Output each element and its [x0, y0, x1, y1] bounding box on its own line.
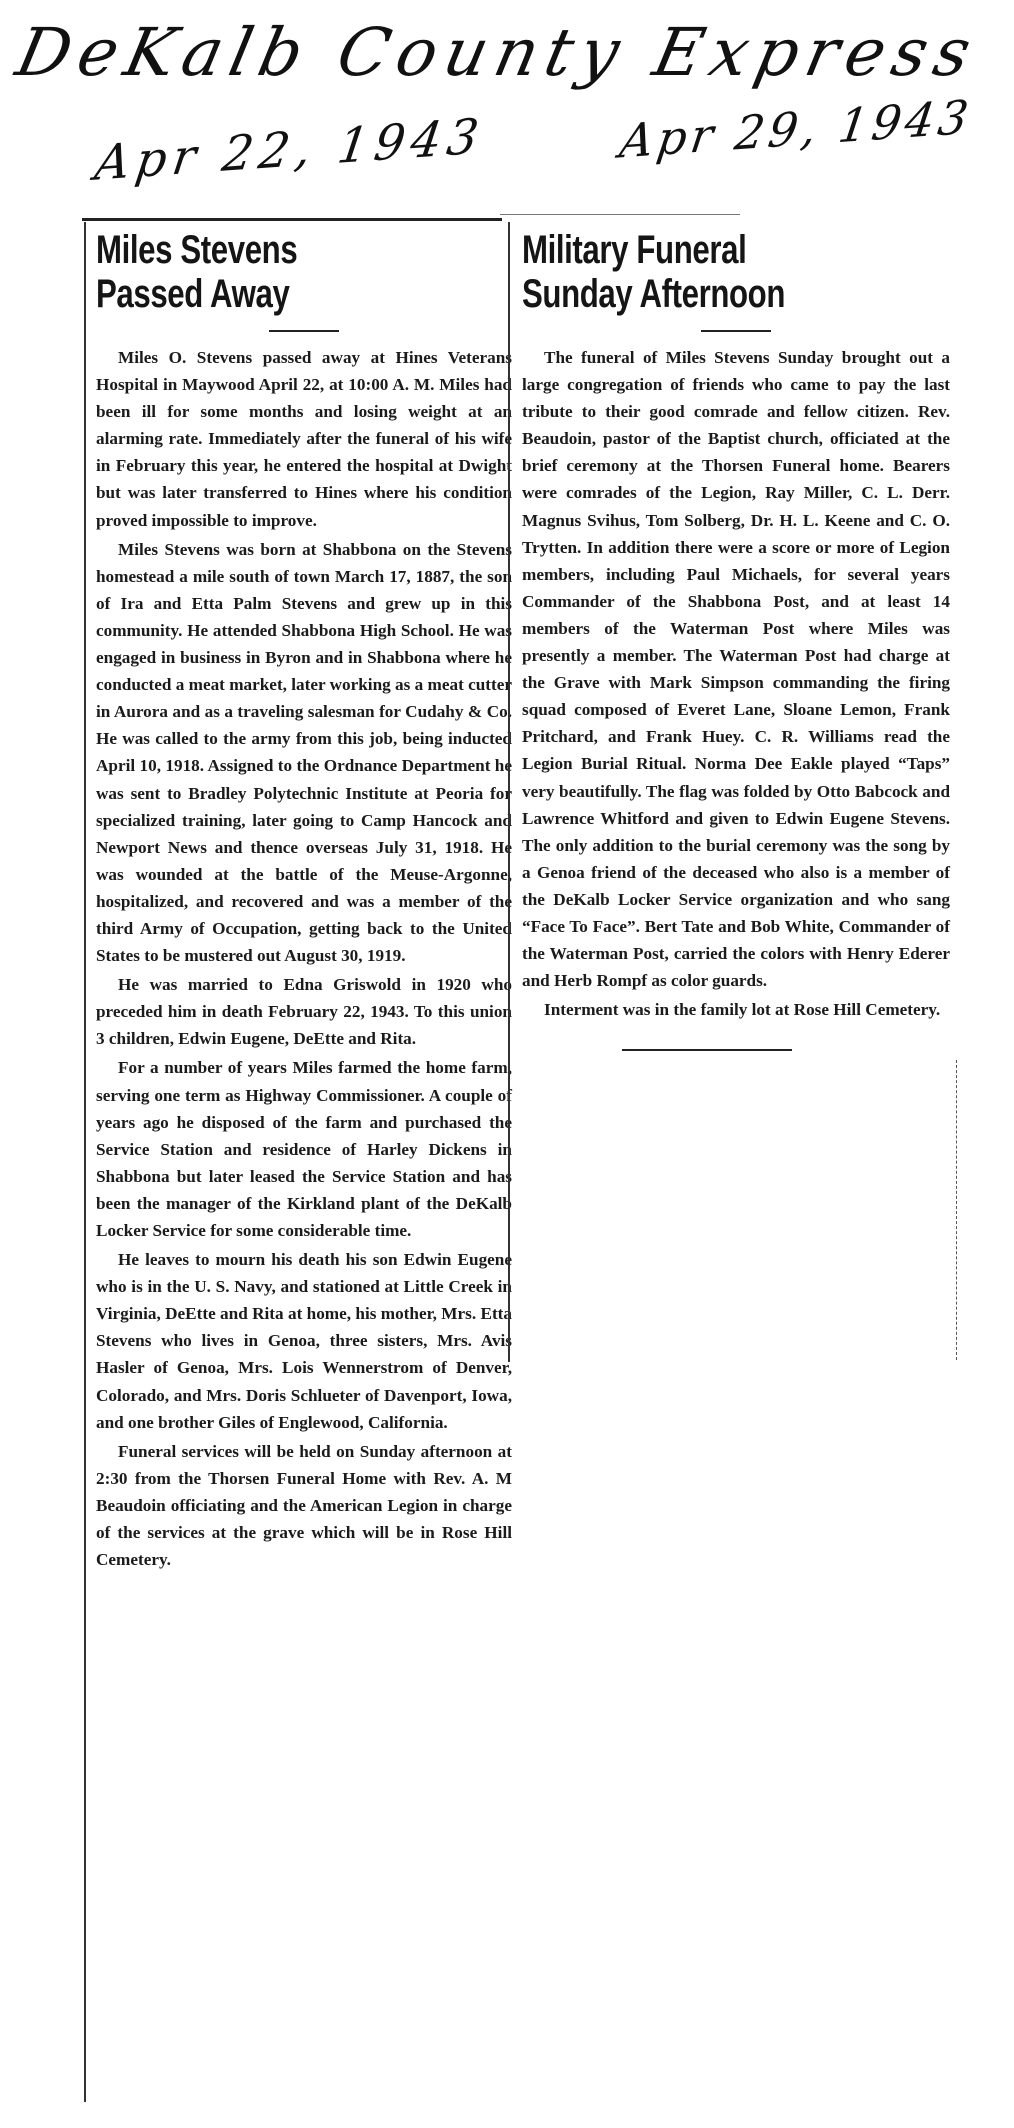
article-obituary: Miles Stevens Passed Away Miles O. Steve… — [84, 222, 516, 2102]
headline-line: Miles Stevens — [96, 228, 511, 272]
paragraph: For a number of years Miles farmed the h… — [96, 1054, 512, 1244]
paragraph: Interment was in the family lot at Rose … — [522, 996, 950, 1023]
end-rule — [622, 1049, 792, 1051]
top-rule — [82, 218, 502, 221]
paragraph: Miles Stevens was born at Shabbona on th… — [96, 536, 512, 970]
paragraph: The funeral of Miles Stevens Sunday brou… — [522, 344, 950, 994]
handwritten-publication-name: DeKalb County Express — [10, 14, 985, 91]
headline-rule — [701, 330, 771, 332]
column-edge — [956, 1060, 958, 1360]
headline-line: Passed Away — [96, 272, 511, 316]
top-rule-faint — [500, 214, 740, 215]
paragraph: Funeral services will be held on Sunday … — [96, 1438, 512, 1573]
paragraph: He leaves to mourn his death his son Edw… — [96, 1246, 512, 1436]
handwritten-date-right: Apr 29, 1943 — [617, 89, 976, 168]
headline-obituary: Miles Stevens Passed Away — [96, 228, 511, 316]
headline-military-funeral: Military Funeral Sunday Afternoon — [522, 228, 949, 316]
paragraph: He was married to Edna Griswold in 1920 … — [96, 971, 512, 1052]
headline-rule — [269, 330, 339, 332]
handwritten-date-left: Apr 22, 1943 — [91, 108, 487, 192]
headline-line: Military Funeral — [522, 228, 949, 272]
headline-line: Sunday Afternoon — [522, 272, 949, 316]
paragraph: Miles O. Stevens passed away at Hines Ve… — [96, 344, 512, 534]
article-military-funeral: Military Funeral Sunday Afternoon The fu… — [508, 222, 956, 1362]
